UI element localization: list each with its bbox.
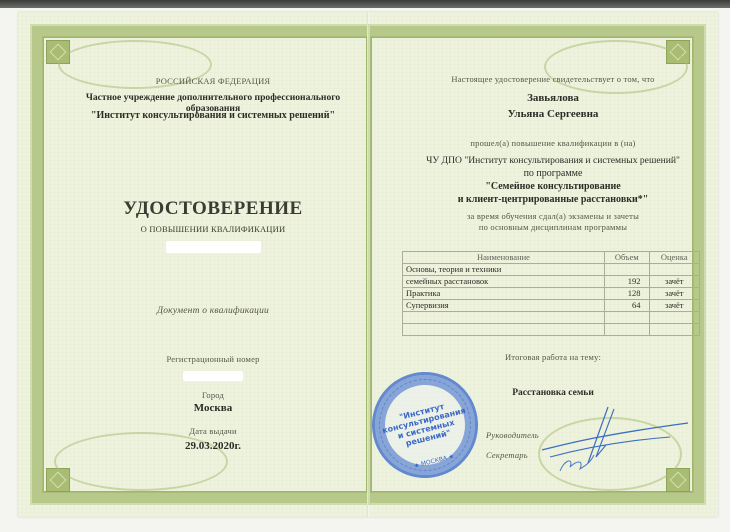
column-header-name: Наименование xyxy=(403,252,605,264)
discipline-volume: 192 xyxy=(604,276,649,288)
reg-number-redacted xyxy=(58,368,368,386)
disciplines-table: Наименование Объем Оценка Основы, теория… xyxy=(402,251,700,336)
exams-line2: по основным дисциплинам программы xyxy=(398,222,708,232)
discipline-grade xyxy=(649,324,700,336)
column-header-grade: Оценка xyxy=(649,252,700,264)
discipline-name xyxy=(403,324,605,336)
left-page: РОССИЙСКАЯ ФЕДЕРАЦИЯ Частное учреждение … xyxy=(18,12,368,517)
discipline-name: Основы, теория и техники xyxy=(403,264,605,276)
discipline-grade xyxy=(649,312,700,324)
table-row: Супервизия 64 зачёт xyxy=(403,300,700,312)
document-subtitle: О ПОВЫШЕНИИ КВАЛИФИКАЦИИ xyxy=(58,224,368,234)
discipline-name: семейных расстановок xyxy=(403,276,605,288)
discipline-grade: зачёт xyxy=(649,300,700,312)
discipline-volume: 128 xyxy=(604,288,649,300)
table-row: Практика 128 зачёт xyxy=(403,288,700,300)
program-label: по программе xyxy=(398,168,708,179)
passed-text: прошел(а) повышение квалификации в (на) xyxy=(398,138,708,148)
table-row xyxy=(403,312,700,324)
issue-date-label: Дата выдачи xyxy=(58,426,368,436)
program-line2: и клиент-центрированные расстановки*" xyxy=(398,194,708,205)
discipline-grade: зачёт xyxy=(649,276,700,288)
discipline-name xyxy=(403,312,605,324)
discipline-grade xyxy=(649,264,700,276)
discipline-volume: 64 xyxy=(604,300,649,312)
institution-line2: "Институт консультирования и системных р… xyxy=(58,110,368,121)
discipline-grade: зачёт xyxy=(649,288,700,300)
guilloche-ornament-icon xyxy=(544,40,688,94)
discipline-volume xyxy=(604,264,649,276)
discipline-name: Практика xyxy=(403,288,605,300)
redacted-field xyxy=(58,240,368,258)
institution-short: ЧУ ДПО "Институт консультирования и сист… xyxy=(398,155,708,166)
column-header-volume: Объем xyxy=(604,252,649,264)
city-value: Москва xyxy=(58,402,368,414)
surname: Завьялова xyxy=(398,92,708,104)
discipline-name: Супервизия xyxy=(403,300,605,312)
discipline-volume xyxy=(604,324,649,336)
discipline-volume xyxy=(604,312,649,324)
reg-number-label: Регистрационный номер xyxy=(58,354,368,364)
issue-date-value: 29.03.2020г. xyxy=(58,440,368,452)
table-row: Основы, теория и техники xyxy=(403,264,700,276)
country-label: РОССИЙСКАЯ ФЕДЕРАЦИЯ xyxy=(58,76,368,86)
document-title: УДОСТОВЕРЕНИЕ xyxy=(58,198,368,220)
given-names: Ульяна Сергеевна xyxy=(398,108,708,120)
program-line1: "Семейное консультирование xyxy=(398,181,708,192)
exams-line1: за время обучения сдал(а) экзамены и зач… xyxy=(398,211,708,221)
scan-edge xyxy=(0,0,730,8)
table-row: семейных расстановок 192 зачёт xyxy=(403,276,700,288)
table-header-row: Наименование Объем Оценка xyxy=(403,252,700,264)
signature-icon xyxy=(540,405,690,475)
certifies-text: Настоящее удостоверение свидетельствует … xyxy=(398,74,708,84)
final-work-label: Итоговая работа на тему: xyxy=(398,352,708,362)
document-type: Документ о квалификации xyxy=(58,306,368,316)
table-row xyxy=(403,324,700,336)
city-label: Город xyxy=(58,390,368,400)
